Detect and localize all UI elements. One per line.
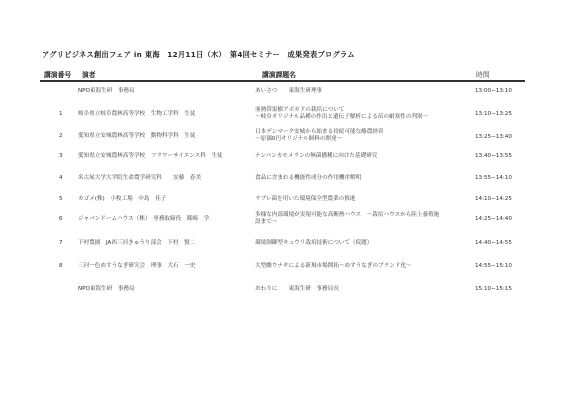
row-presenter: NPO東海生研 事務局	[78, 88, 135, 95]
row-time: 15:10−15:15	[475, 286, 512, 293]
row-time: 13:25−13:40	[475, 134, 512, 141]
row-title: おわりに 東海生研 事務局長	[255, 286, 339, 293]
row-title: 環境制御型キュウリ栽培技術について（仮題）	[255, 240, 372, 247]
row-title: ナンバンカモメランの無菌播種に向けた基礎研究	[255, 153, 377, 160]
row-title: 大型雌ウナギによる新規市場開拓〜めすうなぎのブランド化〜	[255, 263, 412, 270]
row-number: 6	[59, 216, 63, 223]
row-number: 8	[59, 263, 63, 270]
row-time: 13:55−14:10	[475, 175, 512, 182]
row-title: 食品に含まれる機能性成分の作用機序解明	[255, 175, 361, 182]
row-number: 5	[59, 196, 63, 203]
row-presenter: カゴメ(株) 小牧工場 中島 佳子	[78, 196, 166, 203]
header-time: 時間	[476, 69, 490, 79]
header-presenter: 演者	[82, 69, 96, 79]
row-time: 14:10−14:25	[475, 196, 512, 203]
row-time: 14:55−15:10	[475, 263, 512, 270]
row-number: 1	[59, 111, 63, 118]
row-time: 14:25−14:40	[475, 216, 512, 223]
program-title: アグリビジネス創出フェア in 東海 12月11日（木） 第4回セミナー 成果発…	[42, 50, 355, 60]
row-presenter: 下村農園 JA西三河きゅうり部会 下村 賢二	[78, 240, 195, 247]
row-number: 4	[59, 175, 63, 182]
row-time: 13:00−13:10	[475, 88, 512, 95]
row-presenter: 愛知県立安城農林高等学校 フラワーサイエンス科 生徒	[78, 153, 223, 160]
row-time: 13:40−13:55	[475, 153, 512, 160]
header-number: 講演番号	[44, 69, 71, 79]
row-title-line1: 日本デンマーク安城から始まる持続可能な酪農経営	[255, 129, 384, 136]
row-presenter: 愛知県立安城農林高等学校 動物科学科 生徒	[78, 133, 195, 140]
row-title-line2: 〜原価0円オリジナル飼料の開発〜	[255, 136, 342, 143]
row-time: 14:40−14:55	[475, 240, 512, 247]
row-presenter: 名古屋大学大学院生命農学研究科 安藤 春美	[78, 175, 201, 182]
row-title: あいさつ 東海生研理事	[255, 88, 322, 95]
row-number: 3	[59, 153, 63, 160]
header-rule	[40, 80, 525, 82]
row-title-line1: 多様な内部環境が実現可能な高断熱ハウス 〜栽培ハウスから陸上養殖施	[255, 212, 439, 219]
row-title: ラブレ菌を用いた環境保全型農業の推進	[255, 196, 355, 203]
row-title-line2: 〜岐阜オリジナル品種の作出と遺伝子解析による苗の耐寒性の判別〜	[255, 114, 428, 121]
row-presenter: NPO東海生研 事務局	[78, 286, 135, 293]
row-presenter: ジャパンドームハウス（株） 専務取締役 篠崎 学	[78, 216, 209, 223]
header-lecture-title: 講演課題名	[262, 69, 296, 79]
row-presenter: 岐阜県立岐阜農林高等学校 生物工学科 生徒	[78, 111, 195, 118]
row-title-line2: 設まで〜	[255, 219, 277, 226]
row-presenter: 三河一色めすうなぎ研究会 理事 大石 一史	[78, 263, 195, 270]
row-number: 2	[59, 133, 63, 140]
row-title-line1: 亜熱帯果樹アボカドの栽培について	[255, 107, 344, 114]
row-number: 7	[59, 240, 63, 247]
row-time: 13:10−13:25	[475, 111, 512, 118]
